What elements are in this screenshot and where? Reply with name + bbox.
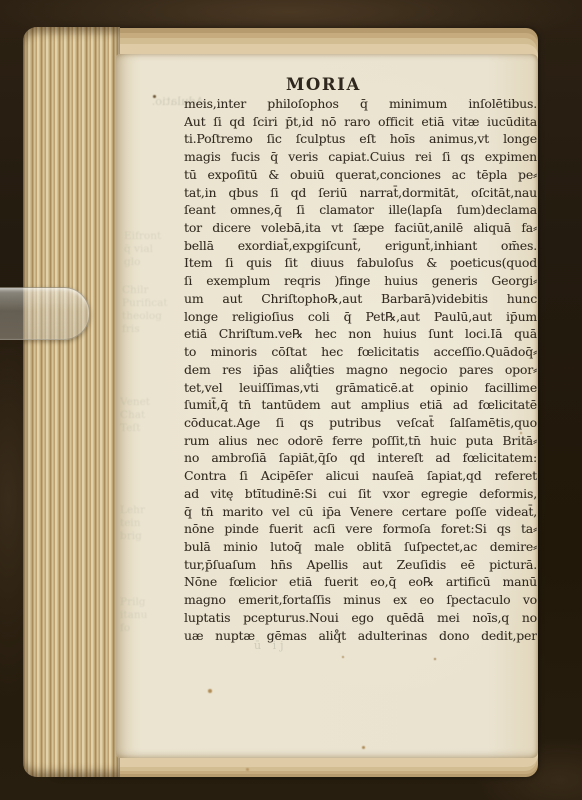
text-line: rum alius nec odorē ferre poſſit,tn̄ hui… xyxy=(184,432,537,450)
foxing-spot xyxy=(524,301,526,303)
transparent-strap xyxy=(0,287,90,340)
text-line: tor dicere volebā,ita vt ſæpe faciūt,ani… xyxy=(184,219,537,237)
foxing-spot xyxy=(153,95,156,98)
text-line: bulā minio lutoq̄ male oblitā ſuſpectet,… xyxy=(184,538,537,556)
margin-show-through-block: Prilgitanufo xyxy=(120,596,182,635)
show-through-line: Chilr xyxy=(122,284,184,297)
text-line: Nōne fœlicior etiā fuerit eo,q̄ eo℞ arti… xyxy=(184,573,537,591)
show-through-line: Chat xyxy=(120,409,182,422)
foxing-spot xyxy=(208,689,212,693)
show-through-line: brig xyxy=(120,530,182,543)
text-line: to minoris cōſtat hec fœlicitatis acceſſ… xyxy=(184,343,537,361)
text-line: Aut ſi qd ſciri p̄t,id nō raro officit e… xyxy=(184,113,537,131)
show-through-line: fris xyxy=(122,323,184,336)
show-through-line: Eifront xyxy=(124,230,186,243)
text-line: longe religioſius coli q̄ Pet℞,aut Paulū… xyxy=(184,308,537,326)
show-through-line: Prilg xyxy=(120,596,182,609)
text-line: no ambroſiā ſapiāt,q̄ſo qd intereſt ad f… xyxy=(184,449,537,467)
running-head: MORIA xyxy=(286,75,361,94)
text-line: Contra ſi Acipēſer alicui nauſeā ſapiat,… xyxy=(184,467,537,485)
show-through-line: Teſt xyxy=(120,422,182,435)
show-through-line: fo xyxy=(120,622,182,635)
show-through-line: theolog xyxy=(122,310,184,323)
text-line: ſi exemplum reqris )finge huius generis … xyxy=(184,272,537,290)
show-through-line: itanu xyxy=(120,609,182,622)
text-line: cōducat.Age ſi qs putribus veſcat̄ ſalſa… xyxy=(184,414,537,432)
text-line: Item ſi quis ſit diuus fabuloſus & poeti… xyxy=(184,254,537,272)
show-through-line: tein xyxy=(120,517,182,530)
text-line: magno emerit,fortaſſis minus ex eo ſpect… xyxy=(184,591,537,609)
show-through-line: q̄ vial xyxy=(124,243,186,256)
text-line: bellā exordiat̄,expgiſcunt̄, erigunt̄,in… xyxy=(184,237,537,255)
text-line: ſumit̄,q̄ tn̄ tantūdem aut amplius etiā … xyxy=(184,396,537,414)
text-line: magis fucis q̄ veris capiat.Cuius rei ſi… xyxy=(184,148,537,166)
text-line: q̄ tn̄ marito vel cū ip̄a Venere certare… xyxy=(184,503,537,521)
text-block: meis,inter philoſophos q̄ minimum inſolē… xyxy=(184,95,537,644)
show-through-line: Purificat xyxy=(122,297,184,310)
text-line: luptatis pcepturus.Noui ego quēdā mei no… xyxy=(184,609,537,627)
text-line: dem res ip̄as aliq̊ties magno negocio pa… xyxy=(184,361,537,379)
text-line: tur,p̄ſuaſum hn̄s Apellis aut Zeuſidis e… xyxy=(184,556,537,574)
fore-edge-stripes xyxy=(23,27,120,777)
bottom-show-through: ū ij xyxy=(254,639,288,652)
text-line: tū expoſitū & obuiū querat,conciones ac … xyxy=(184,166,537,184)
show-through-line: Venet xyxy=(120,396,182,409)
foxing-spot xyxy=(246,768,249,771)
text-line: ad vitę btītudinē:Si cui ſit vxor egregi… xyxy=(184,485,537,503)
text-line: ti.Poſtremo ſic ſculptus eſt hoīs animus… xyxy=(184,130,537,148)
margin-show-through-block: VenetChatTeſt xyxy=(120,396,182,435)
margin-show-through-block: Eifrontq̄ vialglo xyxy=(124,230,186,269)
margin-show-through-block: Lehrteinbrig xyxy=(120,504,182,543)
text-line: tet,vel leuiſſimas,vti grāmaticē.at opin… xyxy=(184,379,537,397)
margin-show-through-block: ChilrPurificattheologfris xyxy=(122,284,184,336)
text-line: etiā Chriſtum.ve℞ hec non huius ſunt loc… xyxy=(184,325,537,343)
book-page: MORIA Adulatio. Eifrontq̄ vialglo ChilrP… xyxy=(116,54,538,758)
foxing-spot xyxy=(434,658,436,660)
foxing-spot xyxy=(362,746,365,749)
show-through-line: Lehr xyxy=(120,504,182,517)
foxing-spot xyxy=(520,432,522,434)
text-line: meis,inter philoſophos q̄ minimum inſolē… xyxy=(184,95,537,113)
text-line: um aut Chriſtopho℞,aut Barbarā)videbitis… xyxy=(184,290,537,308)
show-through-line: glo xyxy=(124,256,186,269)
foxing-spot xyxy=(342,656,344,658)
text-line: uæ nuptæ gēmas aliq̊t adulterinas dono d… xyxy=(184,627,537,645)
book-photo: MORIA Adulatio. Eifrontq̄ vialglo ChilrP… xyxy=(0,0,582,800)
text-line: tat,in qbus ſi qd ſeriū narrat̄,dormitāt… xyxy=(184,184,537,202)
text-line: nōne pinde fuerit acſi vere formoſa fore… xyxy=(184,520,537,538)
text-line: ſeant omnes,q̄ ſi clamator ille(lapſa ſu… xyxy=(184,201,537,219)
